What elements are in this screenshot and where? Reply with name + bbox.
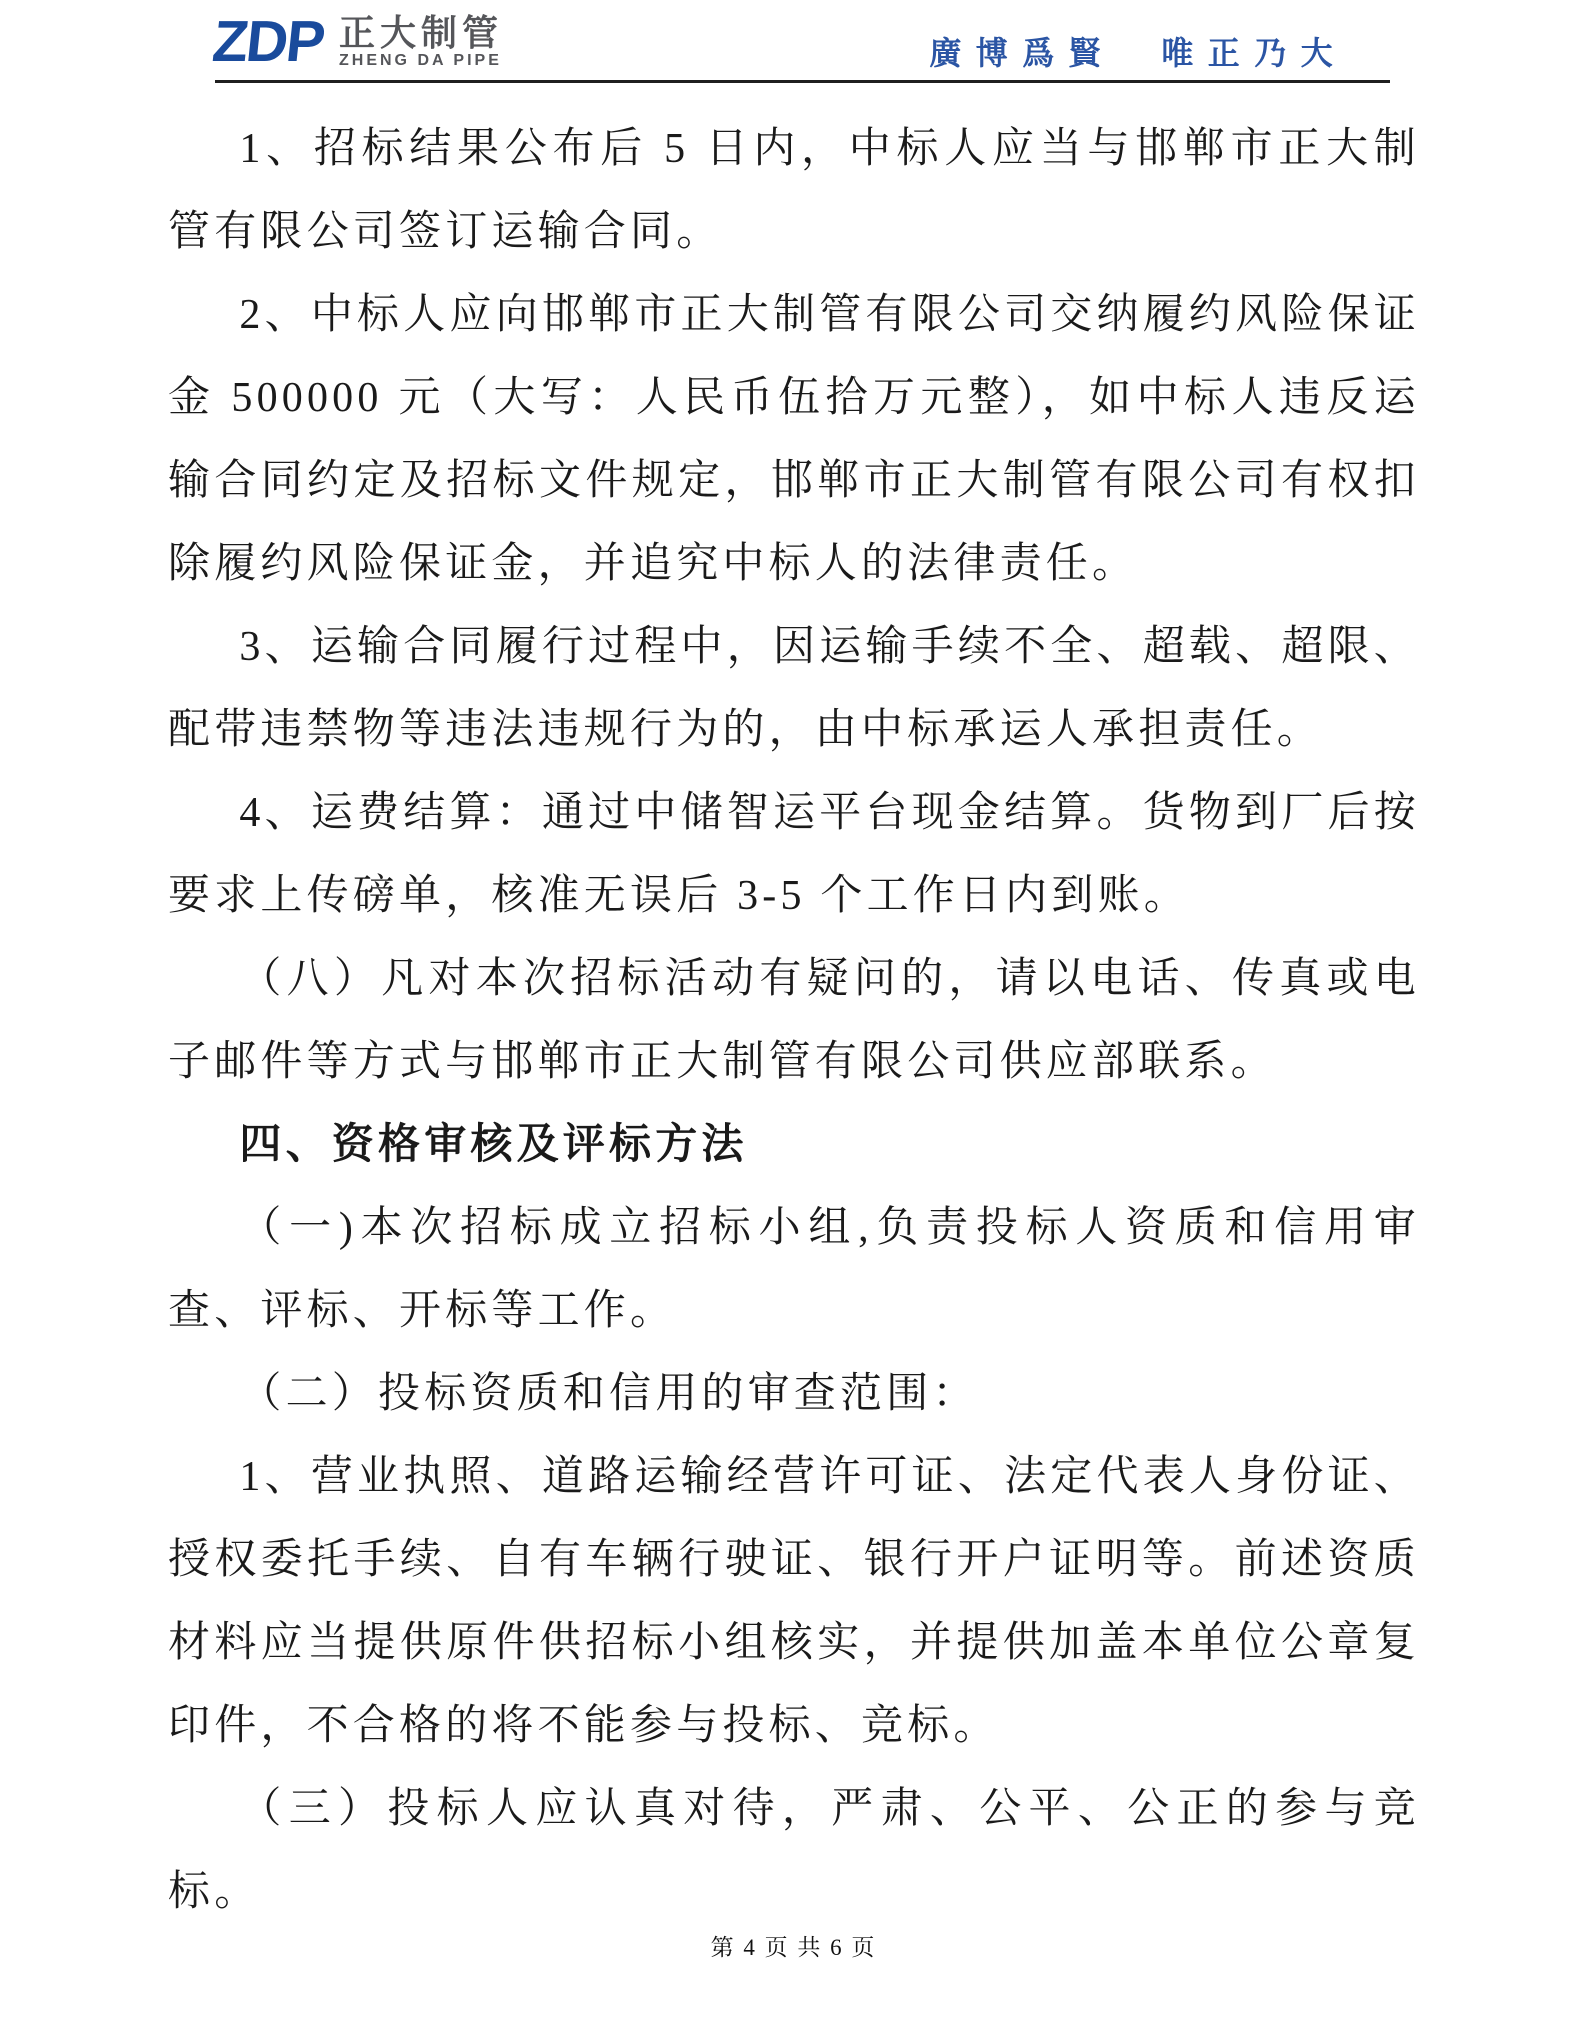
logo-wordmark: 正大制管 ZHENG DA PIPE [339,14,503,70]
company-slogan: 廣博爲賢 唯正乃大 [929,28,1347,74]
page-header: ZDP 正大制管 ZHENG DA PIPE 廣博爲賢 唯正乃大 [0,0,1587,82]
page-footer: 第 4 页 共 6 页 [0,1929,1587,1962]
paragraph: 2、中标人应向邯郸市正大制管有限公司交纳履约风险保证金 500000 元（大写：… [168,274,1420,606]
section-heading: 四、资格审核及评标方法 [168,1104,1420,1187]
paragraph: 1、营业执照、道路运输经营许可证、法定代表人身份证、授权委托手续、自有车辆行驶证… [168,1436,1420,1768]
paragraph: 3、运输合同履行过程中，因运输手续不全、超载、超限、配带违禁物等违法违规行为的，… [168,606,1420,772]
company-logo: ZDP 正大制管 ZHENG DA PIPE [213,14,503,70]
document-page: ZDP 正大制管 ZHENG DA PIPE 廣博爲賢 唯正乃大 1、招标结果公… [0,0,1587,2036]
paragraph: （一)本次招标成立招标小组,负责投标人资质和信用审查、评标、开标等工作。 [168,1187,1420,1353]
paragraph: （八）凡对本次招标活动有疑问的，请以电话、传真或电子邮件等方式与邯郸市正大制管有… [168,938,1420,1104]
logo-zdp-icon: ZDP [210,14,326,70]
paragraph: 4、运费结算：通过中储智运平台现金结算。货物到厂后按要求上传磅单，核准无误后 3… [168,772,1420,938]
header-divider [215,80,1390,83]
paragraph: （三）投标人应认真对待，严肃、公平、公正的参与竞标。 [168,1768,1420,1934]
page-number: 第 4 页 共 6 页 [711,1935,877,1960]
logo-chinese-name: 正大制管 [339,14,503,52]
logo-english-name: ZHENG DA PIPE [339,52,503,70]
paragraph: 1、招标结果公布后 5 日内，中标人应当与邯郸市正大制管有限公司签订运输合同。 [168,108,1420,274]
document-body: 1、招标结果公布后 5 日内，中标人应当与邯郸市正大制管有限公司签订运输合同。 … [168,108,1420,1934]
paragraph: （二）投标资质和信用的审查范围： [168,1353,1420,1436]
